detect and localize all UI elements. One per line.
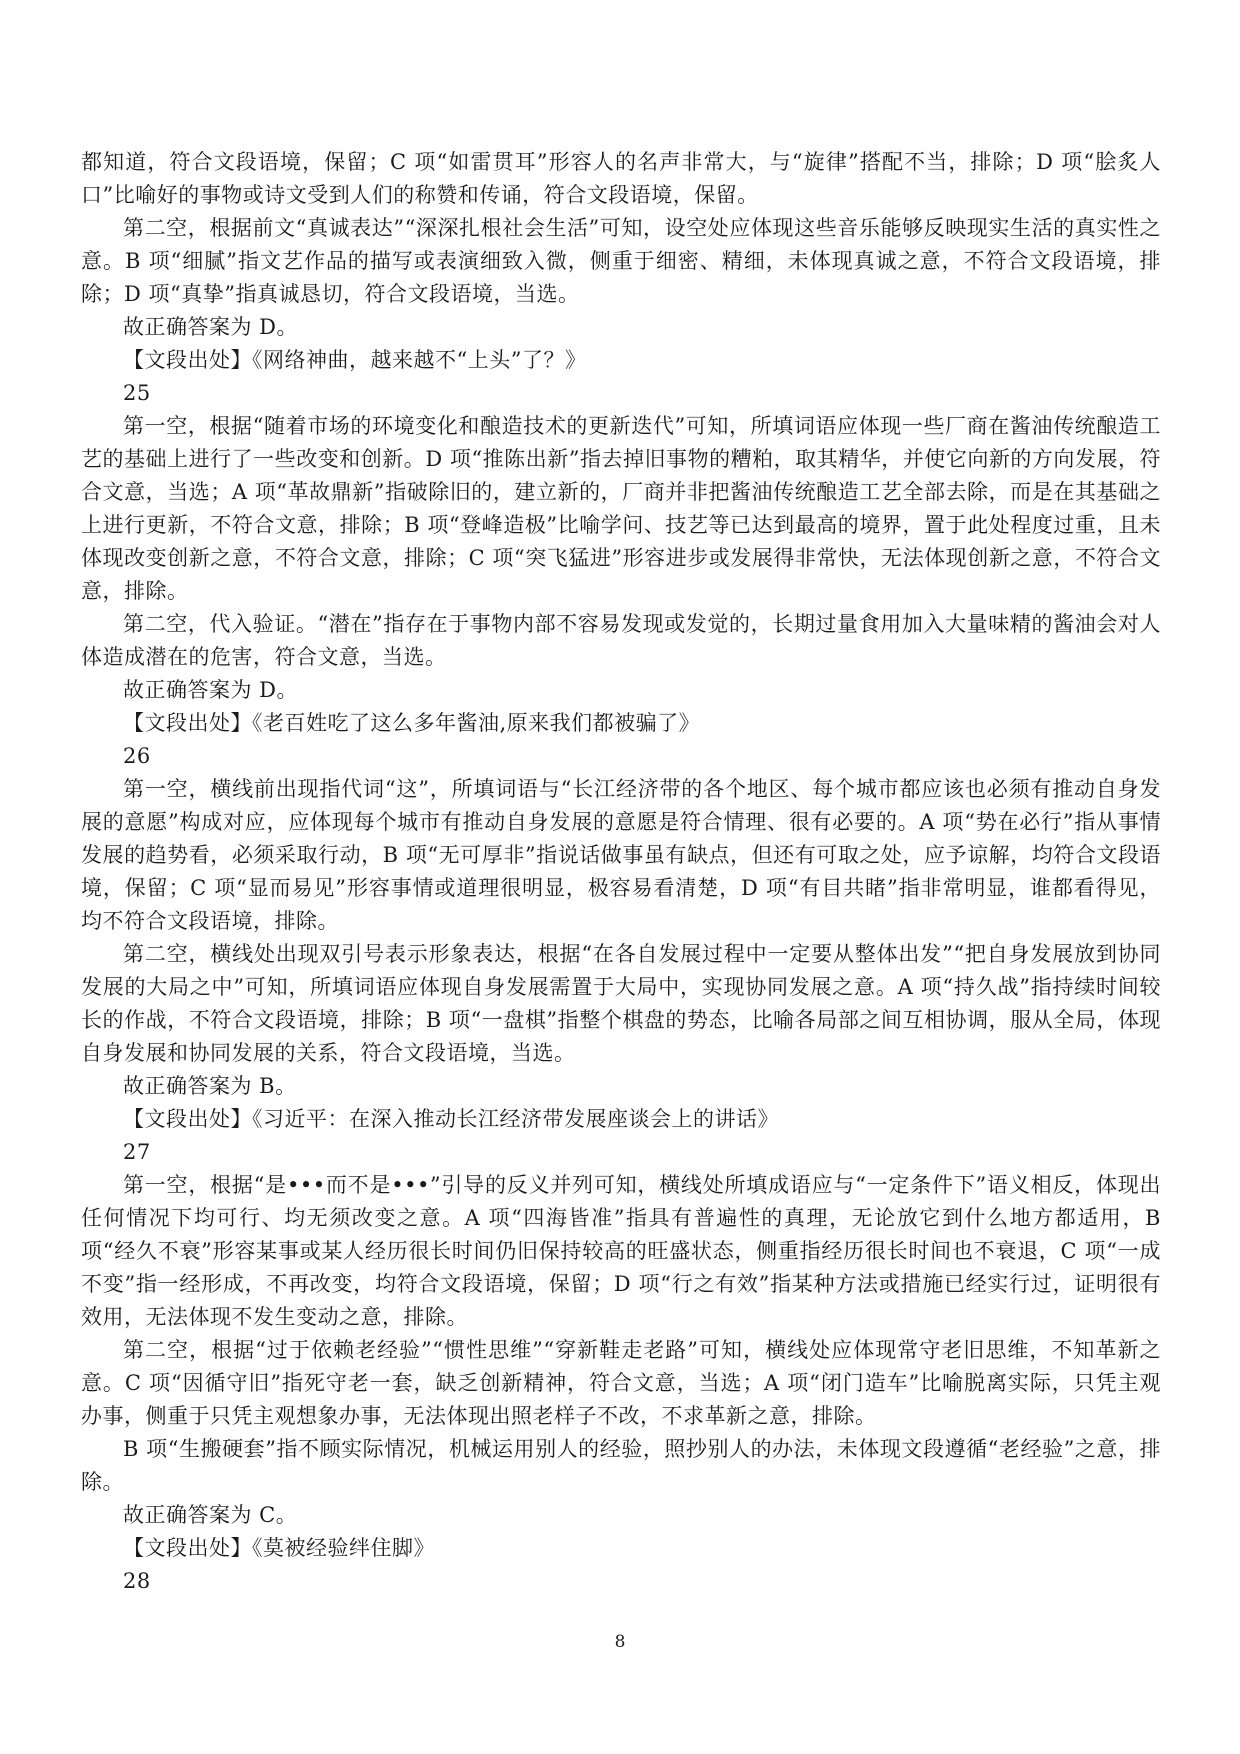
- paragraph: 故正确答案为 B。: [81, 1070, 1161, 1103]
- document-body-text: 都知道，符合文段语境，保留；C 项“如雷贯耳”形容人的名声非常大，与“旋律”搭配…: [81, 146, 1161, 1598]
- paragraph: 第二空，根据前文“真诚表达”“深深扎根社会生活”可知，设空处应体现这些音乐能够反…: [81, 212, 1161, 311]
- paragraph: 第二空，横线处出现双引号表示形象表达，根据“在各自发展过程中一定要从整体出发”“…: [81, 938, 1161, 1070]
- paragraph: 都知道，符合文段语境，保留；C 项“如雷贯耳”形容人的名声非常大，与“旋律”搭配…: [81, 146, 1161, 212]
- page-number: 8: [0, 1632, 1240, 1652]
- paragraph: 第一空，横线前出现指代词“这”，所填词语与“长江经济带的各个地区、每个城市都应该…: [81, 773, 1161, 938]
- paragraph: 第一空，根据“是•••而不是•••”引导的反义并列可知，横线处所填成语应与“一定…: [81, 1169, 1161, 1334]
- paragraph: 28: [81, 1565, 1161, 1598]
- paragraph: 第二空，代入验证。“潜在”指存在于事物内部不容易发现或发觉的，长期过量食用加入大…: [81, 608, 1161, 674]
- paragraph: 故正确答案为 C。: [81, 1499, 1161, 1532]
- paragraph: 【文段出处】《网络神曲，越来越不“上头”了？》: [81, 344, 1161, 377]
- document-page: 都知道，符合文段语境，保留；C 项“如雷贯耳”形容人的名声非常大，与“旋律”搭配…: [0, 0, 1240, 1754]
- paragraph: 故正确答案为 D。: [81, 311, 1161, 344]
- paragraph: 25: [81, 377, 1161, 410]
- paragraph: 26: [81, 740, 1161, 773]
- paragraph: 【文段出处】《习近平：在深入推动长江经济带发展座谈会上的讲话》: [81, 1103, 1161, 1136]
- paragraph: B 项“生搬硬套”指不顾实际情况，机械运用别人的经验，照抄别人的办法，未体现文段…: [81, 1433, 1161, 1499]
- paragraph: 第一空，根据“随着市场的环境变化和酿造技术的更新迭代”可知，所填词语应体现一些厂…: [81, 410, 1161, 608]
- paragraph: 27: [81, 1136, 1161, 1169]
- paragraph: 【文段出处】《莫被经验绊住脚》: [81, 1532, 1161, 1565]
- paragraph: 第二空，根据“过于依赖老经验”“惯性思维”“穿新鞋走老路”可知，横线处应体现常守…: [81, 1334, 1161, 1433]
- paragraph: 故正确答案为 D。: [81, 674, 1161, 707]
- paragraph: 【文段出处】《老百姓吃了这么多年酱油,原来我们都被骗了》: [81, 707, 1161, 740]
